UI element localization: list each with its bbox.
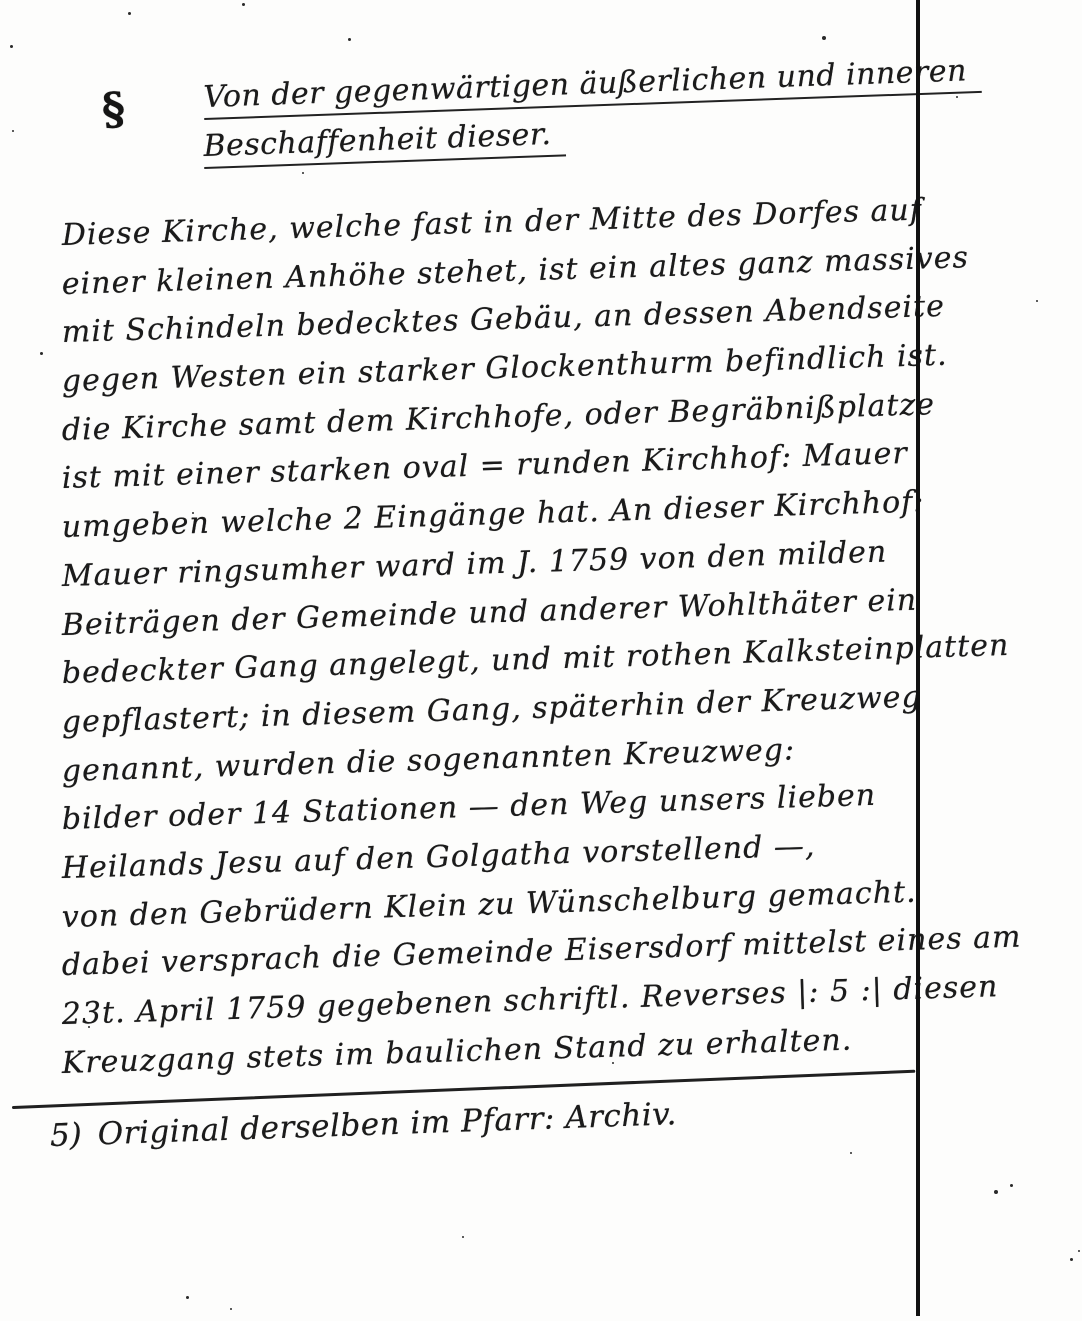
footnote-text: Original derselben im Pfarr: Archiv.: [97, 1096, 677, 1152]
footnote-marker: 5): [49, 1117, 82, 1154]
scan-speckle: [88, 1026, 90, 1028]
scan-speckle: [192, 512, 194, 514]
section-paragraph-mark: §: [100, 83, 127, 135]
heading-line-text: Von der gegenwärtigen äußerlichen und in…: [203, 53, 982, 120]
heading-line: Von der gegenwärtigen äußerlichen und in…: [204, 80, 982, 120]
body-text: Diese Kirche, welche fast in der Mitte d…: [62, 218, 962, 1094]
scan-speckle: [822, 36, 826, 40]
scan-speckle: [10, 45, 13, 48]
manuscript-scan-page: § Von der gegenwärtigen äußerlichen und …: [0, 0, 1082, 1321]
scan-speckle: [1070, 1258, 1073, 1261]
scan-speckle: [40, 352, 43, 355]
scan-speckle: [462, 1236, 464, 1238]
scan-speckle: [186, 1296, 189, 1299]
page-edge-vertical-rule: [916, 0, 920, 1316]
manuscript-heading: Von der gegenwärtigen äußerlichen und in…: [204, 80, 982, 178]
scan-speckle: [956, 96, 958, 98]
scan-speckle: [302, 172, 304, 174]
scan-speckle: [846, 258, 849, 261]
scan-speckle: [348, 38, 351, 41]
scan-speckle: [242, 3, 245, 6]
heading-line-text: Beschaffenheit dieser.: [203, 116, 566, 169]
footnote: 5)Original derselben im Pfarr: Archiv.: [49, 1096, 677, 1154]
scan-speckle: [1036, 300, 1038, 302]
scan-speckle: [994, 1190, 998, 1194]
scan-speckle: [230, 1308, 232, 1310]
scan-speckle: [1078, 1250, 1080, 1252]
scan-speckle: [128, 12, 131, 15]
scan-speckle: [12, 130, 14, 132]
scan-speckle: [1010, 1184, 1013, 1187]
scan-speckle: [612, 1062, 614, 1064]
manuscript-line-text: Diese Kirche, welche fast in der Mitte d…: [61, 192, 922, 253]
heading-line: Beschaffenheit dieser.: [204, 129, 982, 169]
scan-speckle: [850, 1152, 852, 1154]
